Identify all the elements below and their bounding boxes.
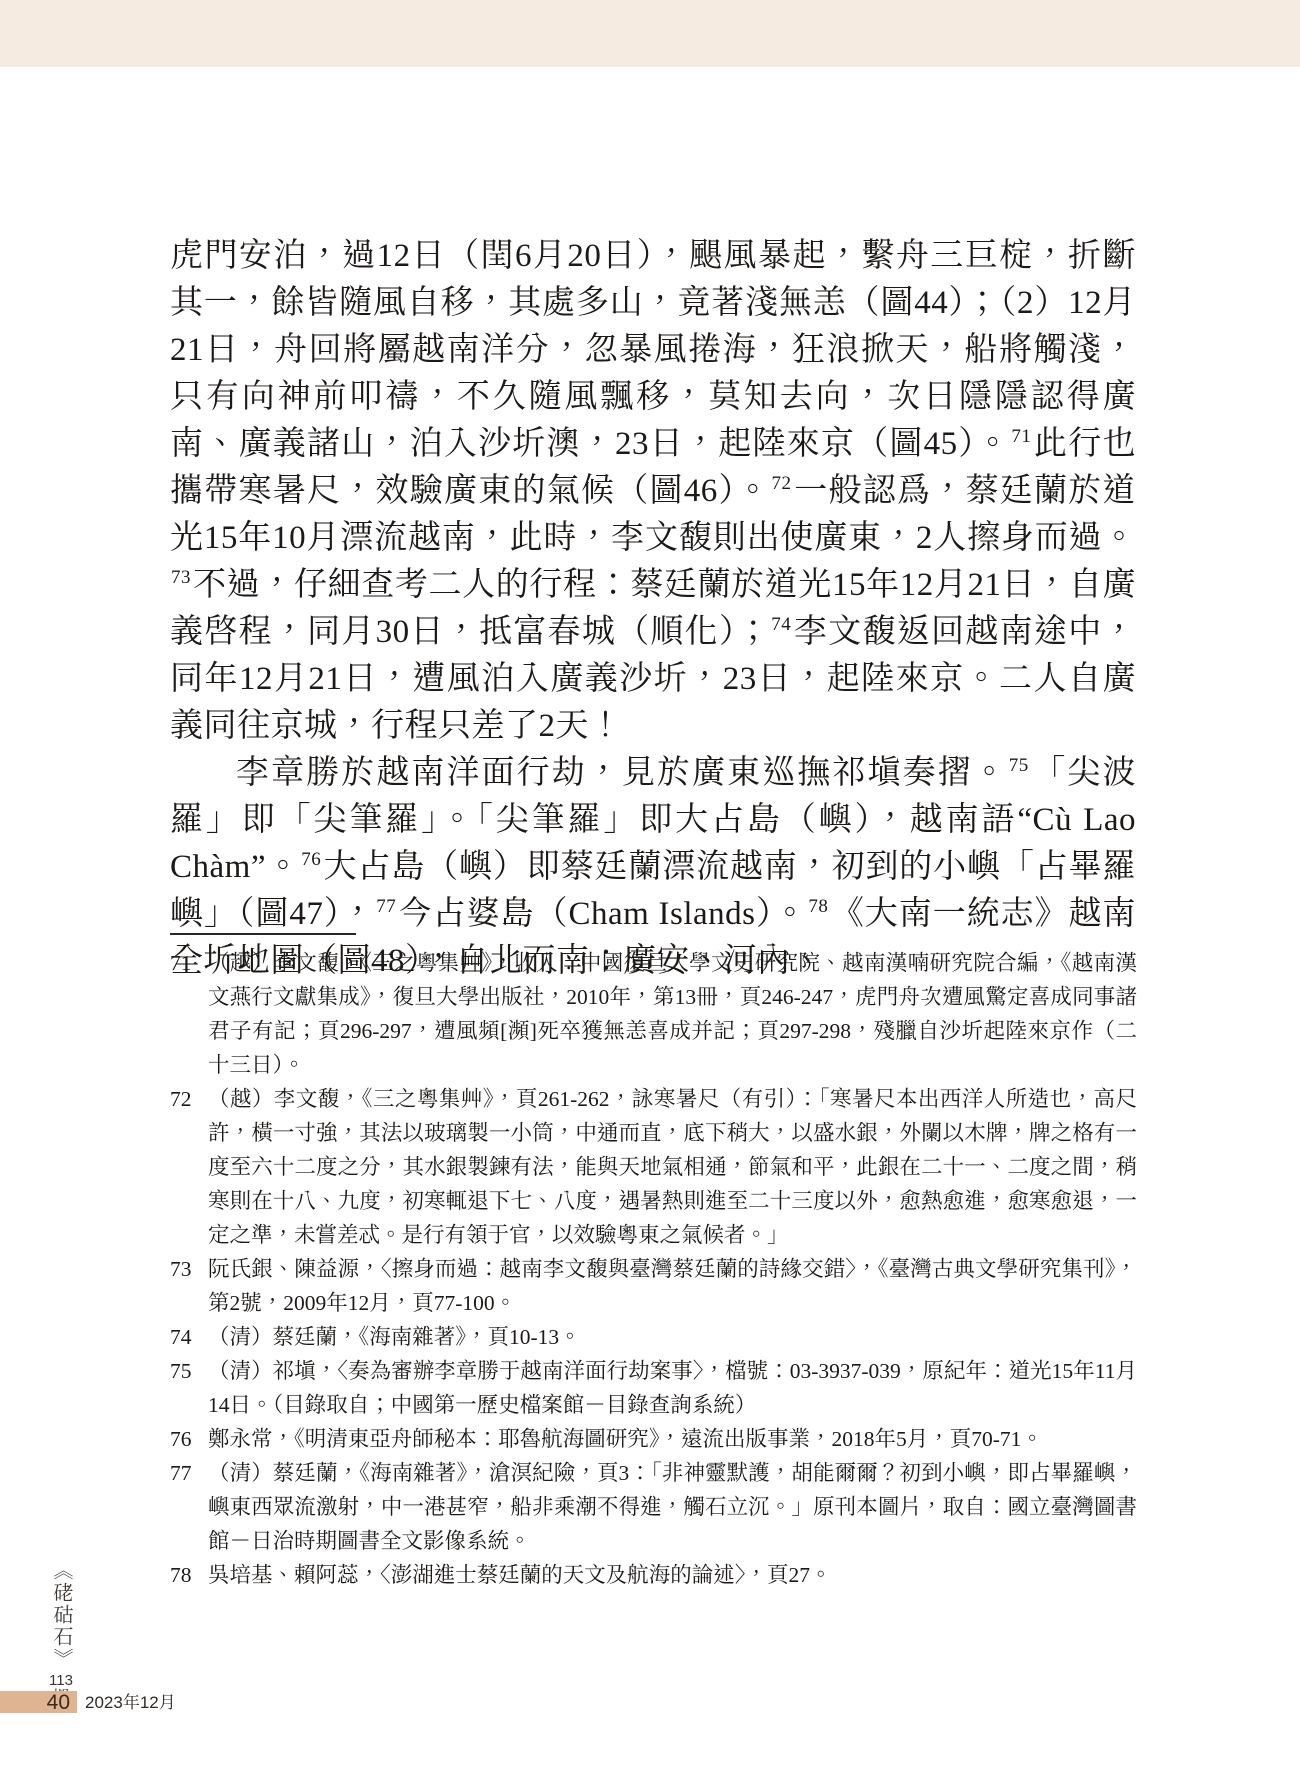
journal-title: 《硓𥑮石》 <box>49 1560 73 1670</box>
article-body: 虎門安泊，過12日（閏6月20日），颶風暴起，繫舟三巨椗，折斷其一，餘皆隨風自移… <box>170 233 1136 985</box>
footnote: 77（清）蔡廷蘭，《海南雜著》，滄溟紀險，頁3：「非神靈默護，胡能爾爾？初到小嶼… <box>170 1456 1137 1558</box>
journal-page: 虎門安泊，過12日（閏6月20日），颶風暴起，繫舟三巨椗，折斷其一，餘皆隨風自移… <box>0 0 1300 1778</box>
footnote-text: （清）蔡廷蘭，《海南雜著》，頁10-13。 <box>208 1325 581 1349</box>
footnote-ref: 72 <box>771 473 794 494</box>
footnote-ref: 74 <box>770 614 793 635</box>
footnote-number: 77 <box>170 1456 192 1490</box>
journal-issue-number: 113 <box>49 1672 73 1689</box>
footnote-ref: 71 <box>1010 426 1033 447</box>
footnote: 72（越）李文馥，《三之粵集艸》，頁261-262，詠寒暑尺（有引）：「寒暑尺本… <box>170 1082 1137 1252</box>
footnote-ref: 78 <box>807 896 830 917</box>
footnote-number: 73 <box>170 1252 192 1286</box>
page-top-band <box>0 0 1300 67</box>
footnote: 78吳培基、賴阿蕊，〈澎湖進士蔡廷蘭的天文及航海的論述〉，頁27。 <box>170 1558 1137 1592</box>
body-paragraph: 虎門安泊，過12日（閏6月20日），颶風暴起，繫舟三巨椗，折斷其一，餘皆隨風自移… <box>170 233 1136 750</box>
footnote-number: 71 <box>170 946 192 980</box>
page-number-box: 40 <box>0 1691 77 1713</box>
footnote-number: 78 <box>170 1558 192 1592</box>
footnote-text: 吳培基、賴阿蕊，〈澎湖進士蔡廷蘭的天文及航海的論述〉，頁27。 <box>208 1563 832 1587</box>
footnote-separator <box>170 933 356 935</box>
footnote-ref: 75 <box>1008 755 1031 776</box>
footnote-ref: 73 <box>170 567 193 588</box>
issue-date: 2023年12月 <box>85 1692 176 1713</box>
footnote-text: 鄭永常，《明清東亞舟師秘本：耶魯航海圖研究》，遠流出版事業，2018年5月，頁7… <box>208 1427 1043 1451</box>
footnote-number: 74 <box>170 1320 192 1354</box>
footnote-ref: 76 <box>300 849 323 870</box>
journal-spine: 《硓𥑮石》 113 期 <box>38 1560 84 1707</box>
footnote: 75（清）祁塡，〈奏為審辦李章勝于越南洋面行劫案事〉，檔號：03-3937-03… <box>170 1354 1137 1422</box>
footnote-ref: 77 <box>375 896 398 917</box>
footnotes-section: 71（越）李文馥，《三之粵集艸》，收入：中國復旦大學文史研究院、越南漢喃研究院合… <box>170 946 1137 1592</box>
footnote-text: 阮氏銀、陳益源，〈擦身而過：越南李文馥與臺灣蔡廷蘭的詩緣交錯〉，《臺灣古典文學研… <box>208 1257 1137 1315</box>
footnote: 74（清）蔡廷蘭，《海南雜著》，頁10-13。 <box>170 1320 1137 1354</box>
footnote-number: 72 <box>170 1082 192 1116</box>
footnote: 76鄭永常，《明清東亞舟師秘本：耶魯航海圖研究》，遠流出版事業，2018年5月，… <box>170 1422 1137 1456</box>
page-number: 40 <box>47 1692 70 1713</box>
footnote-text: （清）蔡廷蘭，《海南雜著》，滄溟紀險，頁3：「非神靈默護，胡能爾爾？初到小嶼，即… <box>208 1461 1137 1553</box>
footnote-text: （越）李文馥，《三之粵集艸》，頁261-262，詠寒暑尺（有引）：「寒暑尺本出西… <box>208 1087 1137 1247</box>
footnote: 73阮氏銀、陳益源，〈擦身而過：越南李文馥與臺灣蔡廷蘭的詩緣交錯〉，《臺灣古典文… <box>170 1252 1137 1320</box>
footnote-number: 76 <box>170 1422 192 1456</box>
footnote-text: （清）祁塡，〈奏為審辦李章勝于越南洋面行劫案事〉，檔號：03-3937-039，… <box>208 1359 1137 1417</box>
footnote-number: 75 <box>170 1354 192 1388</box>
footnote: 71（越）李文馥，《三之粵集艸》，收入：中國復旦大學文史研究院、越南漢喃研究院合… <box>170 946 1137 1082</box>
footnote-text: （越）李文馥，《三之粵集艸》，收入：中國復旦大學文史研究院、越南漢喃研究院合編，… <box>208 951 1137 1077</box>
